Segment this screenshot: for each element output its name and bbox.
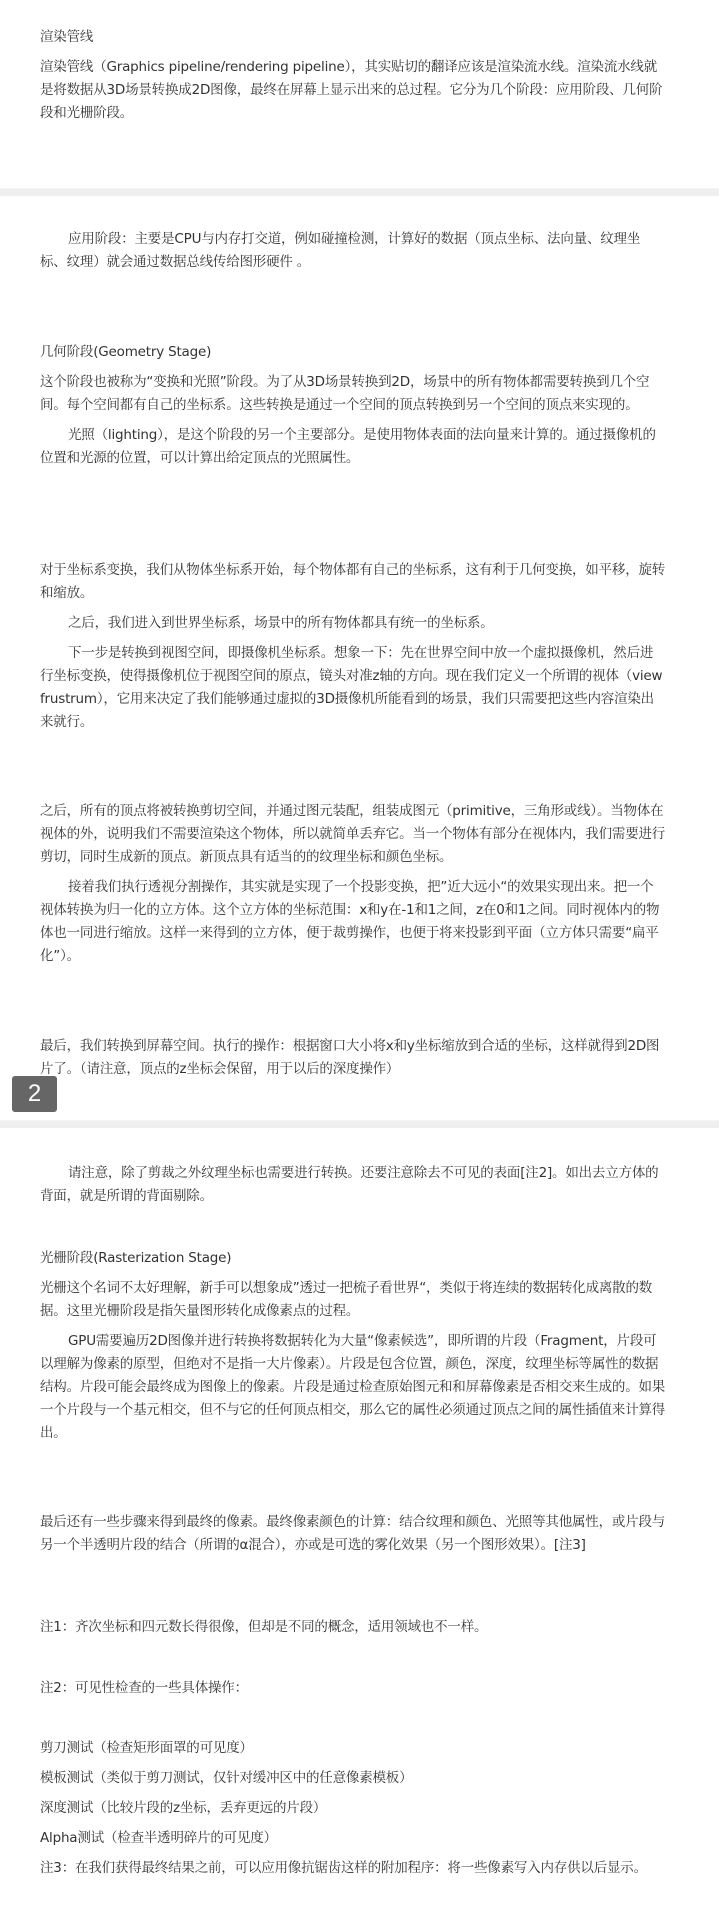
note-1: 注1：齐次坐标和四元数长得很像，但却是不同的概念，适用领域也不一样。 <box>40 1616 666 1639</box>
page-number-badge: 2 <box>12 1076 57 1112</box>
paragraph: 渲染管线（Graphics pipeline/rendering pipelin… <box>40 56 666 125</box>
page-divider <box>0 188 719 196</box>
paragraph: 应用阶段：主要是CPU与内存打交道，例如碰撞检测，计算好的数据（顶点坐标、法向量… <box>40 228 666 274</box>
paragraph: 下一步是转换到视图空间，即摄像机坐标系。想象一下：先在世界空间中放一个虚拟摄像机… <box>40 642 666 734</box>
final-pixel-section: 最后还有一些步骤来得到最终的像素。最终像素颜色的计算：结合纹理和颜色、光照等其他… <box>40 1511 666 1557</box>
footnote: 注3：在我们获得最终结果之前，可以应用像抗锯齿这样的附加程序：将一些像素写入内存… <box>40 1857 666 1880</box>
clip-space-section: 之后，所有的顶点将被转换剪切空间，并通过图元装配，组装成图元（primitive… <box>40 800 666 968</box>
paragraph: 接着我们执行透视分割操作，其实就是实现了一个投影变换，把”近大远小“的效果实现出… <box>40 876 666 968</box>
paragraph: 最后，我们转换到屏幕空间。执行的操作：根据窗口大小将x和y坐标缩放到合适的坐标，… <box>40 1035 666 1081</box>
paragraph: 之后，我们进入到世界坐标系，场景中的所有物体都具有统一的坐标系。 <box>40 612 666 635</box>
paragraph: 之后，所有的顶点将被转换剪切空间，并通过图元装配，组装成图元（primitive… <box>40 800 666 869</box>
clipping-note-section: 请注意，除了剪裁之外纹理坐标也需要进行转换。还要注意除去不可见的表面[注2]。如… <box>40 1162 666 1208</box>
paragraph: 请注意，除了剪裁之外纹理坐标也需要进行转换。还要注意除去不可见的表面[注2]。如… <box>40 1162 666 1208</box>
paragraph: 对于坐标系变换，我们从物体坐标系开始，每个物体都有自己的坐标系，这有利于几何变换… <box>40 559 666 605</box>
section-title: 几何阶段(Geometry Stage) <box>40 341 666 364</box>
section-title: 光栅阶段(Rasterization Stage) <box>40 1247 666 1270</box>
geometry-stage-section: 几何阶段(Geometry Stage) 这个阶段也被称为“变换和光照”阶段。为… <box>40 341 666 470</box>
coordinate-transform-section: 对于坐标系变换，我们从物体坐标系开始，每个物体都有自己的坐标系，这有利于几何变换… <box>40 559 666 734</box>
list-item: 模板测试（类似于剪刀测试，仅针对缓冲区中的任意像素模板） <box>40 1767 666 1790</box>
footnote: 注1：齐次坐标和四元数长得很像，但却是不同的概念，适用领域也不一样。 <box>40 1616 666 1639</box>
paragraph: GPU需要遍历2D图像并进行转换将数据转化为大量“像素候选”，即所谓的片段（Fr… <box>40 1330 666 1445</box>
paragraph: 光栅这个名词不太好理解，新手可以想象成”透过一把梳子看世界“，类似于将连续的数据… <box>40 1277 666 1323</box>
list-item: 深度测试（比较片段的z坐标，丢弃更远的片段） <box>40 1797 666 1820</box>
page-divider <box>0 1120 719 1128</box>
application-stage-section: 应用阶段：主要是CPU与内存打交道，例如碰撞检测，计算好的数据（顶点坐标、法向量… <box>40 228 666 274</box>
paragraph: 光照（lighting），是这个阶段的另一个主要部分。是使用物体表面的法向量来计… <box>40 424 666 470</box>
paragraph: 最后还有一些步骤来得到最终的像素。最终像素颜色的计算：结合纹理和颜色、光照等其他… <box>40 1511 666 1557</box>
footnote: 注2：可见性检查的一些具体操作： <box>40 1677 666 1700</box>
section-title: 渲染管线 <box>40 26 666 49</box>
screen-space-section: 最后，我们转换到屏幕空间。执行的操作：根据窗口大小将x和y坐标缩放到合适的坐标，… <box>40 1035 666 1081</box>
list-item: Alpha测试（检查半透明碎片的可见度） <box>40 1827 666 1850</box>
list-item: 剪刀测试（检查矩形面罩的可见度） <box>40 1737 666 1760</box>
note-2: 注2：可见性检查的一些具体操作： <box>40 1677 666 1700</box>
paragraph: 这个阶段也被称为“变换和光照”阶段。为了从3D场景转换到2D，场景中的所有物体都… <box>40 371 666 417</box>
page-1-section: 渲染管线 渲染管线（Graphics pipeline/rendering pi… <box>40 26 666 125</box>
rasterization-stage-section: 光栅阶段(Rasterization Stage) 光栅这个名词不太好理解，新手… <box>40 1247 666 1445</box>
visibility-tests-list: 剪刀测试（检查矩形面罩的可见度） 模板测试（类似于剪刀测试，仅针对缓冲区中的任意… <box>40 1737 666 1880</box>
